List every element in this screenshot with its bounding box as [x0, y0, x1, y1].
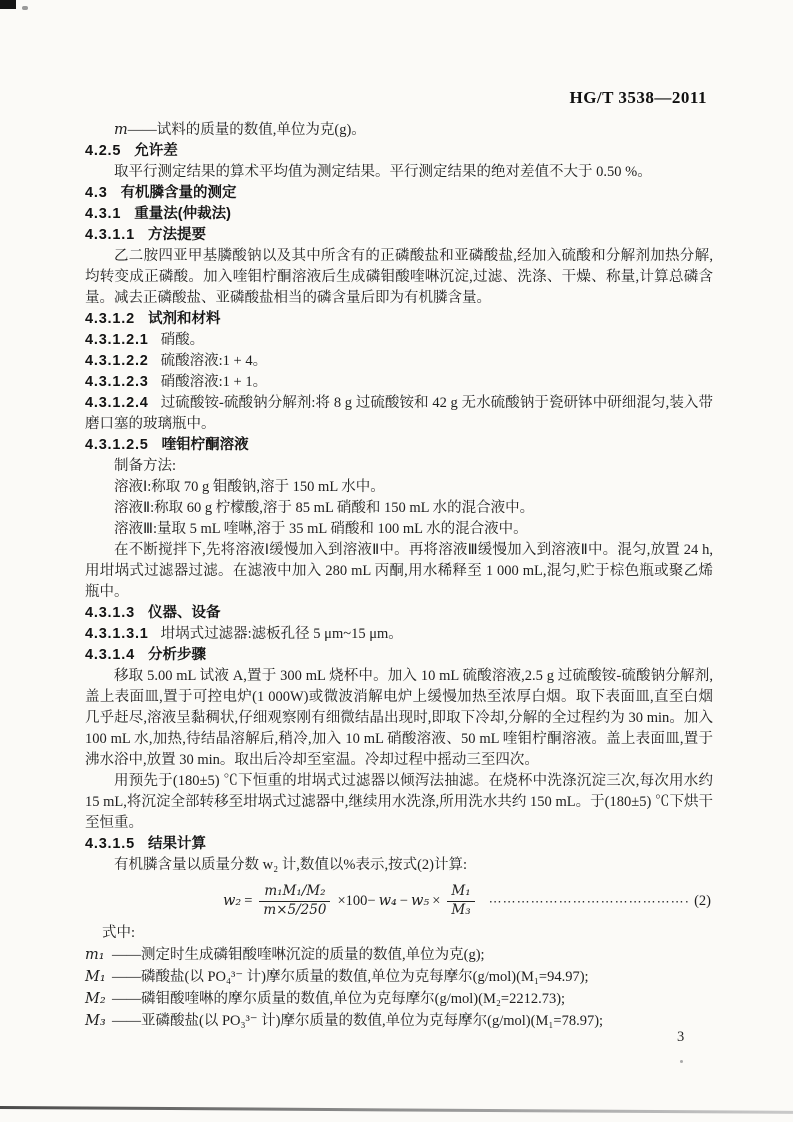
definition-M3: M₃——亚磷酸盐(以 PO₃³⁻ 计)摩尔质量的数值,单位为克每摩尔(g/mol… — [85, 1010, 713, 1032]
reagent-item-4-3-1-2-2: 4.3.1.2.2硫酸溶液:1 + 4。 — [85, 351, 713, 372]
formula-times: × — [432, 891, 440, 912]
scanned-document-page: HG/T 3538—2011 m——试料的质量的数值,单位为克(g)。 4.2.… — [0, 0, 793, 1122]
clause-number: 4.2.5 — [85, 143, 121, 159]
paragraph-procedure-2: 用预先于(180±5) ℃下恒重的坩埚式过滤器以倾泻法抽滤。在烧杯中洗涤沉淀三次… — [85, 771, 713, 834]
clause-number: 4.3.1.5 — [85, 836, 135, 852]
formula-times-100: ×100− — [337, 891, 375, 912]
clause-number: 4.3.1.2.2 — [85, 353, 149, 369]
solution-3-line: 溶液Ⅲ:量取 5 mL 喹啉,溶于 35 mL 硝酸和 100 mL 水的混合液… — [85, 519, 713, 540]
formula-equation-2: w₂ = m₁M₁/M₂m×5/250 ×100− w₄ − w₅ × M₁M₃… — [85, 883, 713, 919]
formula-minus: − — [400, 891, 408, 912]
page-number: 3 — [677, 1029, 684, 1046]
clause-number: 4.3.1 — [85, 206, 121, 222]
clause-title: 分析步骤 — [148, 647, 206, 663]
clause-heading-4-3-1-2-5: 4.3.1.2.5喹钼柠酮溶液 — [85, 435, 713, 456]
formula-fraction-1: m₁M₁/M₂m×5/250 — [259, 883, 330, 919]
formula-fraction-2: M₁M₃ — [447, 883, 474, 919]
fraction-denominator: m×5/250 — [259, 902, 330, 920]
clause-heading-4-3-1-1: 4.3.1.1方法提要 — [85, 225, 713, 246]
clause-number: 4.3.1.2.5 — [85, 437, 149, 453]
solution-2-line: 溶液Ⅱ:称取 60 g 柠檬酸,溶于 85 mL 硝酸和 150 mL 水的混合… — [85, 498, 713, 519]
definition-text: ——磷钼酸喹啉的摩尔质量的数值,单位为克每摩尔(g/mol)(M₂=2212.7… — [112, 988, 713, 1010]
fraction-numerator: M₁ — [447, 883, 474, 902]
clause-number: 4.3.1.2.4 — [85, 395, 149, 411]
scan-artifact-speck — [22, 6, 28, 10]
reagent-item-4-3-1-2-3: 4.3.1.2.3硝酸溶液:1 + 1。 — [85, 372, 713, 393]
clause-heading-4-3-1-5: 4.3.1.5结果计算 — [85, 834, 713, 855]
definition-term: m₁ — [85, 944, 112, 966]
clause-number: 4.3.1.2 — [85, 311, 135, 327]
reagent-text: 硝酸。 — [161, 332, 205, 348]
solution-1-line: 溶液Ⅰ:称取 70 g 钼酸钠,溶于 150 mL 水中。 — [85, 477, 713, 498]
clause-heading-4-3-1: 4.3.1重量法(仲裁法) — [85, 204, 713, 225]
definition-M1: M₁——磷酸盐(以 PO₄³⁻ 计)摩尔质量的数值,单位为克每摩尔(g/mol)… — [85, 966, 713, 988]
formula-w5: w₅ — [411, 891, 429, 912]
clause-number: 4.3.1.2.3 — [85, 374, 149, 390]
paragraph-method-summary: 乙二胺四亚甲基膦酸钠以及其中所含有的正磷酸盐和亚磷酸盐,经加入硫酸和分解剂加热分… — [85, 246, 713, 309]
clause-number: 4.3.1.3.1 — [85, 626, 149, 642]
reagent-text: 硝酸溶液:1 + 1。 — [161, 374, 267, 390]
preparation-label: 制备方法: — [85, 456, 713, 477]
variable-text: ——试料的质量的数值,单位为克(g)。 — [128, 122, 366, 138]
reagent-item-4-3-1-2-4: 4.3.1.2.4过硫酸铵-硫酸钠分解剂:将 8 g 过硫酸铵和 42 g 无水… — [85, 393, 713, 435]
scan-artifact-bottom-edge — [0, 1106, 793, 1113]
clause-title: 有机膦含量的测定 — [121, 185, 237, 201]
variable-term: m — [114, 122, 128, 138]
paragraph-calculation-intro: 有机膦含量以质量分数 w₂ 计,数值以%表示,按式(2)计算: — [85, 855, 713, 876]
reagent-text: 过硫酸铵-硫酸钠分解剂:将 8 g 过硫酸铵和 42 g 无水硫酸钠于瓷研钵中研… — [85, 395, 713, 432]
reagent-text: 硫酸溶液:1 + 4。 — [161, 353, 267, 369]
definition-term: M₁ — [85, 966, 112, 988]
fraction-numerator: m₁M₁/M₂ — [259, 883, 330, 902]
clause-number: 4.3 — [85, 185, 108, 201]
paragraph-mixing: 在不断搅拌下,先将溶液Ⅰ缓慢加入到溶液Ⅱ中。再将溶液Ⅲ缓慢加入到溶液Ⅱ中。混匀,… — [85, 540, 713, 603]
formula-number: (2) — [694, 891, 711, 912]
definition-text: ——磷酸盐(以 PO₄³⁻ 计)摩尔质量的数值,单位为克每摩尔(g/mol)(M… — [112, 966, 713, 988]
clause-title: 仪器、设备 — [148, 605, 221, 621]
definition-term: M₃ — [85, 1010, 112, 1032]
definition-text: ——亚磷酸盐(以 PO₃³⁻ 计)摩尔质量的数值,单位为克每摩尔(g/mol)(… — [112, 1010, 713, 1032]
scan-artifact-dot — [680, 1060, 683, 1063]
formula-w4: w₄ — [379, 891, 397, 912]
clause-title: 结果计算 — [148, 836, 206, 852]
clause-number: 4.3.1.3 — [85, 605, 135, 621]
clause-heading-4-3-1-4: 4.3.1.4分析步骤 — [85, 645, 713, 666]
definition-M2: M₂——磷钼酸喹啉的摩尔质量的数值,单位为克每摩尔(g/mol)(M₂=2212… — [85, 988, 713, 1010]
standard-code-header: HG/T 3538—2011 — [569, 88, 707, 108]
definition-text: ——测定时生成磷钼酸喹啉沉淀的质量的数值,单位为克(g); — [112, 944, 713, 966]
clause-number: 4.3.1.1 — [85, 227, 135, 243]
formula-equals: = — [244, 891, 252, 912]
clause-number: 4.3.1.4 — [85, 647, 135, 663]
clause-title: 喹钼柠酮溶液 — [162, 437, 249, 453]
scan-artifact-corner — [0, 0, 16, 9]
clause-title: 试剂和材料 — [148, 311, 221, 327]
formula-dot-leader: ⋯⋯⋯⋯⋯⋯⋯⋯⋯⋯⋯⋯⋯⋯⋯⋯⋯⋯⋯⋯ — [489, 891, 690, 912]
clause-number: 4.3.1.2.1 — [85, 332, 149, 348]
definition-term: M₂ — [85, 988, 112, 1010]
fraction-denominator: M₃ — [447, 902, 474, 920]
clause-title: 方法提要 — [148, 227, 206, 243]
formula-lhs: w₂ — [223, 891, 241, 912]
apparatus-item-4-3-1-3-1: 4.3.1.3.1坩埚式过滤器:滤板孔径 5 μm~15 μm。 — [85, 624, 713, 645]
reagent-item-4-3-1-2-1: 4.3.1.2.1硝酸。 — [85, 330, 713, 351]
paragraph-4-2-5: 取平行测定结果的算术平均值为测定结果。平行测定结果的绝对差值不大于 0.50 %… — [85, 162, 713, 183]
apparatus-text: 坩埚式过滤器:滤板孔径 5 μm~15 μm。 — [161, 626, 403, 642]
clause-title: 允许差 — [134, 143, 178, 159]
clause-heading-4-2-5: 4.2.5允许差 — [85, 141, 713, 162]
clause-heading-4-3-1-3: 4.3.1.3仪器、设备 — [85, 603, 713, 624]
definition-m1: m₁——测定时生成磷钼酸喹啉沉淀的质量的数值,单位为克(g); — [85, 944, 713, 966]
clause-heading-4-3-1-2: 4.3.1.2试剂和材料 — [85, 309, 713, 330]
where-label: 式中: — [85, 923, 713, 944]
variable-definition-m: m——试料的质量的数值,单位为克(g)。 — [85, 120, 713, 141]
clause-heading-4-3: 4.3有机膦含量的测定 — [85, 183, 713, 204]
paragraph-procedure-1: 移取 5.00 mL 试液 A,置于 300 mL 烧杯中。加入 10 mL 硫… — [85, 666, 713, 771]
document-body: m——试料的质量的数值,单位为克(g)。 4.2.5允许差 取平行测定结果的算术… — [85, 120, 713, 1032]
clause-title: 重量法(仲裁法) — [134, 206, 231, 222]
